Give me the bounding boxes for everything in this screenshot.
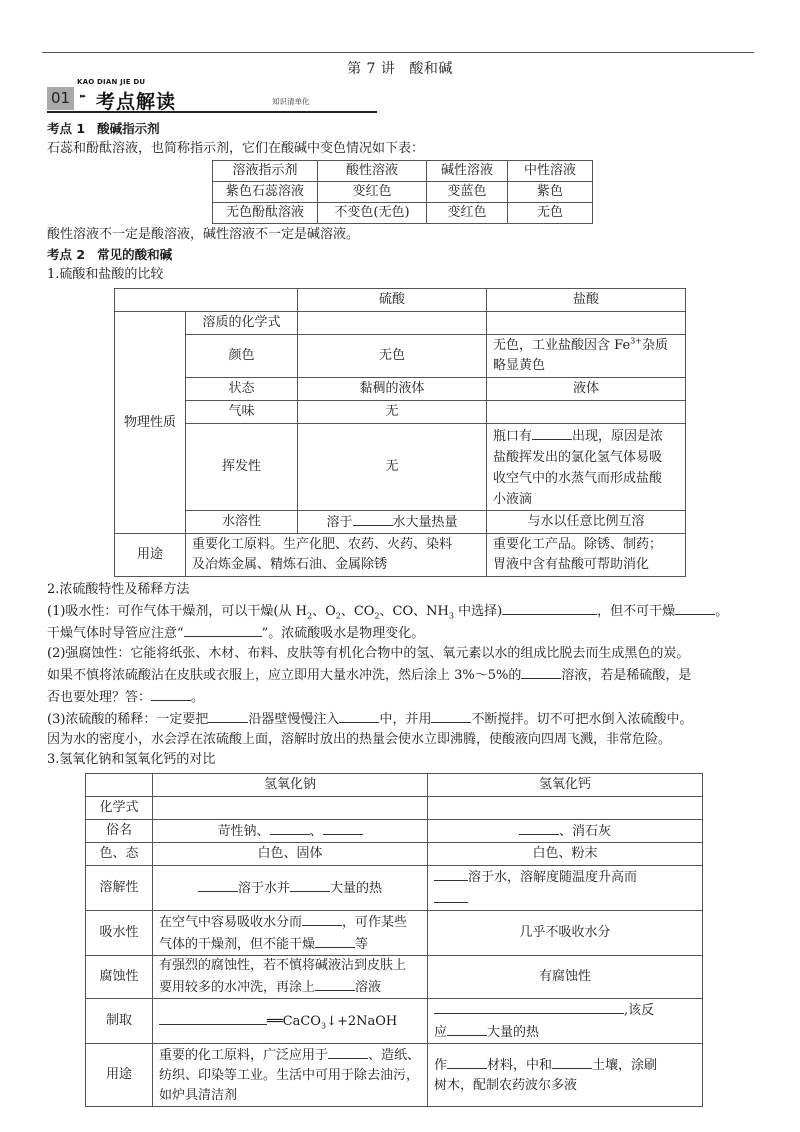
answer-blank[interactable]	[502, 600, 597, 615]
lecture-number: 第 7 讲	[347, 61, 395, 77]
banner-subtitle: 知识清单化	[272, 96, 310, 107]
answer-blank[interactable]	[447, 1021, 487, 1036]
section-heading-2: 考点 2常见的酸和碱	[47, 245, 757, 265]
answer-blank[interactable]	[184, 622, 262, 637]
table-row: 气味 无	[115, 401, 686, 424]
answer-blank[interactable]	[315, 976, 355, 991]
answer-blank[interactable]	[431, 708, 471, 723]
answer-blank[interactable]	[675, 600, 715, 615]
answer-blank[interactable]	[270, 820, 310, 835]
table-row: 无色酚酞溶液 不变色(无色) 变红色 无色	[213, 203, 593, 224]
answer-blank[interactable]	[339, 708, 379, 723]
banner-pinyin: KAO DIAN JIE DU	[77, 78, 145, 86]
table-row: 紫色石蕊溶液 变红色 变蓝色 紫色	[213, 182, 593, 203]
answer-blank[interactable]	[323, 820, 363, 835]
subheading-base-comparison: 3.氢氧化钠和氢氧化钙的对比	[47, 750, 757, 770]
section-banner: KAO DIAN JIE DU 01 ▸▸ 考点解读 知识清单化	[47, 78, 377, 112]
table-header-row: 硫酸 盐酸	[115, 289, 686, 312]
table-row: 俗名 苛性钠、、 、消石灰	[86, 820, 703, 843]
acid-comparison-table: 硫酸 盐酸 物理性质 溶质的化学式 颜色 无色 无色，工业盐酸因含 Fe3+杂质…	[114, 288, 686, 577]
answer-blank[interactable]	[198, 877, 238, 892]
banner-number: 01	[47, 87, 74, 110]
banner-title: 考点解读	[96, 87, 176, 114]
double-arrow-icon: ▸▸	[80, 92, 85, 100]
answer-blank[interactable]	[519, 820, 559, 835]
subheading-sulfuric-properties: 2.浓硫酸特性及稀释方法	[47, 580, 757, 600]
table-row: 颜色 无色 无色，工业盐酸因含 Fe3+杂质略显黄色	[115, 335, 686, 378]
answer-blank[interactable]	[328, 1044, 368, 1059]
subheading-acid-comparison: 1.硫酸和盐酸的比较	[47, 265, 757, 285]
table-row: 制取 ══CaCO3↓+2NaOH ,该反应大量的热	[86, 999, 703, 1044]
base-comparison-table: 氢氧化钠 氢氧化钙 化学式 俗名 苛性钠、、 、消石灰 色、态 白色、固体 白色…	[85, 773, 703, 1107]
table-row: 状态 黏稠的液体 液体	[115, 378, 686, 401]
answer-blank[interactable]	[532, 425, 572, 440]
table-row: 溶解性 溶于水并大量的热 溶于水，溶解度随温度升高而	[86, 866, 703, 911]
answer-blank[interactable]	[434, 888, 468, 903]
table-row: 挥发性 无 瓶口有出现，原因是浓盐酸挥发出的氯化氢气体易吸收空气中的水蒸气而形成…	[115, 424, 686, 511]
answer-blank[interactable]	[552, 1054, 592, 1069]
section-heading-1: 考点 1酸碱指示剂	[47, 119, 757, 139]
answer-blank[interactable]	[290, 877, 330, 892]
table-row: 水溶性 溶于水大量热量 与水以任意比例互溶	[115, 511, 686, 534]
answer-blank[interactable]	[315, 933, 355, 948]
answer-blank[interactable]	[151, 686, 191, 701]
table-row: 化学式	[86, 797, 703, 820]
answer-blank[interactable]	[447, 1054, 487, 1069]
paragraph-corrosive: (2)强腐蚀性：它能将纸张、木材、布料、皮肤等有机化合物中的氢、氧元素以水的组成…	[47, 644, 757, 708]
indicator-note: 酸性溶液不一定是酸溶液，碱性溶液不一定是碱溶液。	[47, 225, 757, 245]
paragraph-water-absorption: (1)吸水性：可作气体干燥剂，可以干燥(从 H2、O2、CO2、CO、NH3 中…	[47, 600, 757, 644]
table-row: 腐蚀性 有强烈的腐蚀性，若不慎将碱液沾到皮肤上要用较多的水冲洗，再涂上溶液 有腐…	[86, 956, 703, 999]
table-row: 用途 重要化工原料。生产化肥、农药、火药、染料及冶炼金属、精炼石油、金属除锈 重…	[115, 534, 686, 577]
indicator-table: 溶液指示剂 酸性溶液 碱性溶液 中性溶液 紫色石蕊溶液 变红色 变蓝色 紫色 无…	[212, 160, 593, 224]
table-row: 吸水性 在空气中容易吸收水分而，可作某些气体的干燥剂，但不能干燥等 几乎不吸收水…	[86, 911, 703, 956]
document-body: 考点 1酸碱指示剂 石蕊和酚酞溶液，也简称指示剂，它们在酸碱中变色情况如下表： …	[47, 119, 757, 1107]
table-row: 色、态 白色、固体 白色、粉末	[86, 843, 703, 866]
answer-blank[interactable]	[302, 911, 342, 926]
answer-blank[interactable]	[434, 866, 468, 881]
table-row: 用途 重要的化工原料，广泛应用于、造纸、纺织、印染等工业。生活中可用于除去油污，…	[86, 1044, 703, 1107]
answer-blank[interactable]	[353, 511, 393, 526]
lecture-title: 第 7 讲酸和碱	[0, 58, 800, 78]
lecture-topic: 酸和碱	[409, 61, 453, 77]
banner-rule	[47, 111, 377, 113]
table-row: 物理性质 溶质的化学式	[115, 312, 686, 335]
answer-blank[interactable]	[159, 1010, 267, 1025]
answer-blank[interactable]	[208, 708, 248, 723]
table-header-row: 溶液指示剂 酸性溶液 碱性溶液 中性溶液	[213, 161, 593, 182]
table-header-row: 氢氧化钠 氢氧化钙	[86, 774, 703, 797]
paragraph-dilution: (3)浓硫酸的稀释：一定要把沿器壁慢慢注入中，并用不断搅拌。切不可把水倒入浓硫酸…	[47, 708, 757, 750]
indicator-intro: 石蕊和酚酞溶液，也简称指示剂，它们在酸碱中变色情况如下表：	[47, 139, 757, 159]
answer-blank[interactable]	[434, 999, 624, 1014]
answer-blank[interactable]	[521, 664, 561, 679]
header-rule	[42, 52, 754, 53]
